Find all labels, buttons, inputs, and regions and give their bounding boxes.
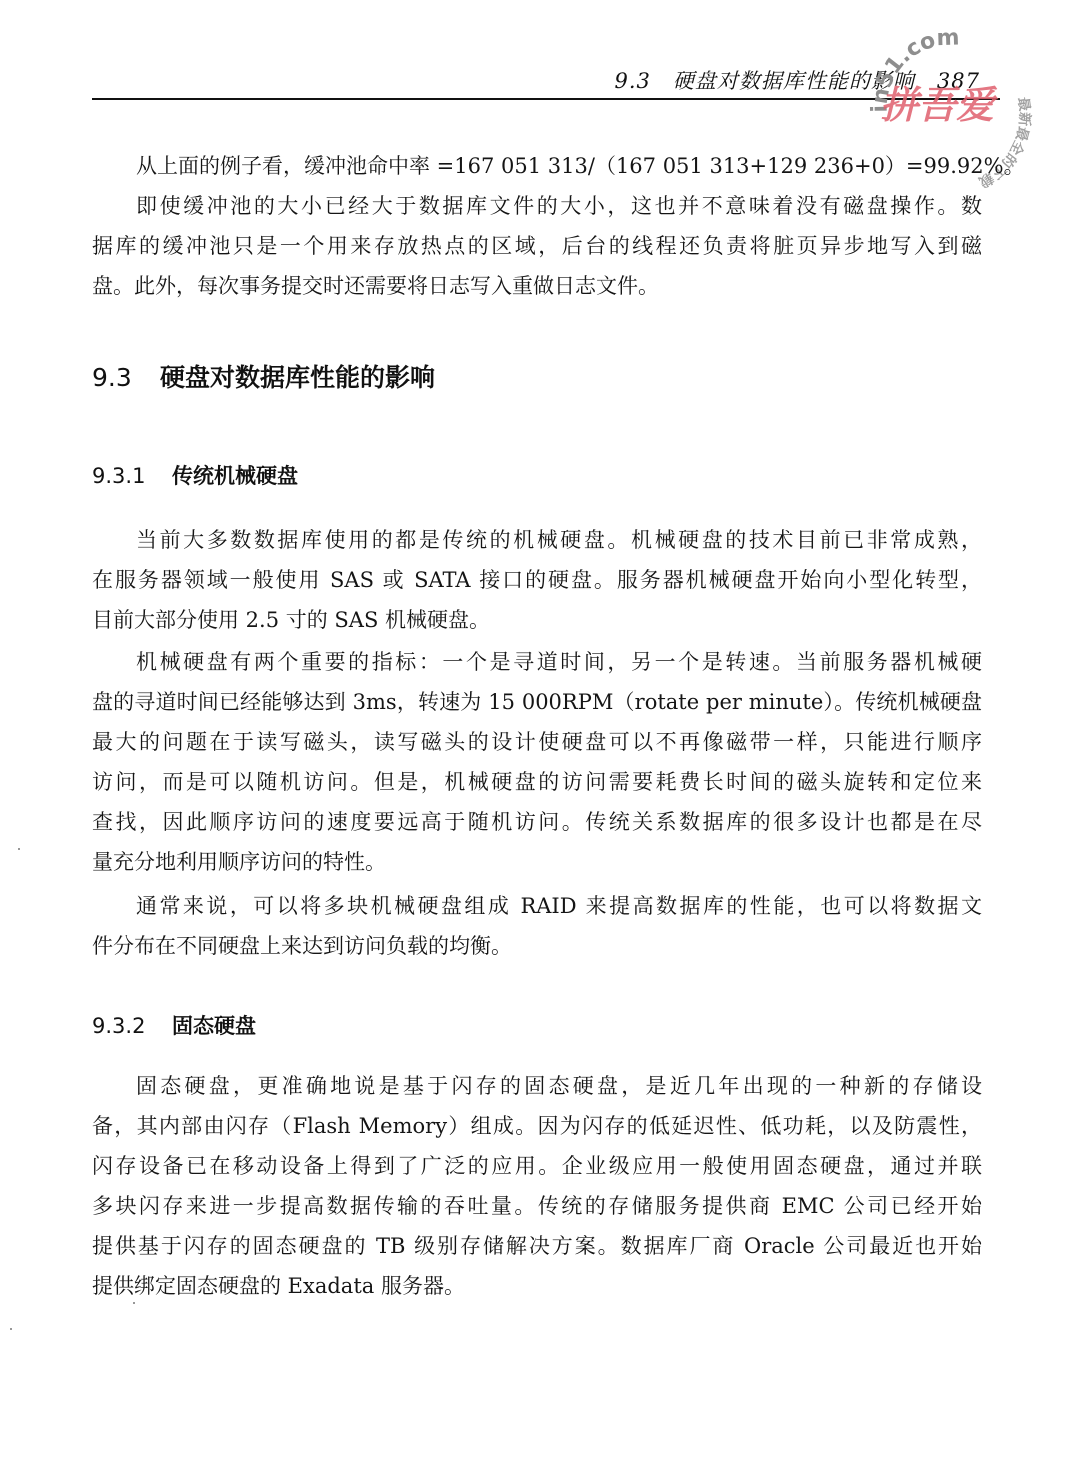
section-heading: 9.3硬盘对数据库性能的影响 [92, 358, 435, 394]
subsection-title: 固态硬盘 [172, 1014, 256, 1038]
running-header-title: 硬盘对数据库性能的影响 [673, 69, 915, 93]
text-line: 目前大部分使用 2.5 寸的 SAS 机械硬盘。 [92, 600, 982, 640]
running-header-section: 9.3 [615, 69, 651, 93]
running-header-text: 9.3硬盘对数据库性能的影响387 [615, 65, 981, 95]
subsection-heading-1: 9.3.1传统机械硬盘 [92, 460, 298, 490]
subsection-number: 9.3.2 [92, 1014, 172, 1038]
intro-paragraph-1: 从上面的例子看，缓冲池命中率 =167 051 313/（167 051 313… [92, 146, 982, 186]
text-line: 闪存设备已在移动设备上得到了广泛的应用。企业级应用一般使用固态硬盘，通过并联 [92, 1146, 982, 1186]
text-line: 从上面的例子看，缓冲池命中率 =167 051 313/（167 051 313… [92, 146, 982, 186]
text-line: 盘的寻道时间已经能够达到 3ms，转速为 15 000RPM（rotate pe… [92, 682, 982, 722]
subsection-1-paragraph-3: 通常来说，可以将多块机械硬盘组成 RAID 来提高数据库的性能，也可以将数据文 … [92, 886, 982, 966]
text-line: 件分布在不同硬盘上来达到访问负载的均衡。 [92, 926, 982, 966]
text-line: 通常来说，可以将多块机械硬盘组成 RAID 来提高数据库的性能，也可以将数据文 [92, 886, 982, 926]
text-line: 访问，而是可以随机访问。但是，机械硬盘的访问需要耗费长时间的磁头旋转和定位来 [92, 762, 982, 802]
section-title: 硬盘对数据库性能的影响 [160, 363, 435, 392]
text-line: 量充分地利用顺序访问的特性。 [92, 842, 982, 882]
scan-speck [10, 1328, 12, 1330]
text-line: 多块闪存来进一步提高数据传输的吞吐量。传统的存储服务提供商 EMC 公司已经开始 [92, 1186, 982, 1226]
text-line: 提供基于闪存的固态硬盘的 TB 级别存储解决方案。数据库厂商 Oracle 公司… [92, 1226, 982, 1266]
scan-speck [18, 848, 20, 850]
subsection-1-paragraph-1: 当前大多数数据库使用的都是传统的机械硬盘。机械硬盘的技术目前已非常成熟， 在服务… [92, 520, 982, 640]
intro-paragraph-2: 即使缓冲池的大小已经大于数据库文件的大小，这也并不意味着没有磁盘操作。数 据库的… [92, 186, 982, 306]
scan-speck [133, 1302, 135, 1304]
text-line: 备，其内部由闪存（Flash Memory）组成。因为闪存的低延迟性、低功耗，以… [92, 1106, 982, 1146]
text-line: 提供绑定固态硬盘的 Exadata 服务器。 [92, 1266, 982, 1306]
running-header: 9.3硬盘对数据库性能的影响387 [92, 64, 1000, 100]
text-line: 即使缓冲池的大小已经大于数据库文件的大小，这也并不意味着没有磁盘操作。数 [92, 186, 982, 226]
book-page: 9.3硬盘对数据库性能的影响387 in51.com 最新最全的下载站 拼吾爱 … [0, 0, 1080, 1478]
text-line: 最大的问题在于读写磁头，读写磁头的设计使硬盘可以不再像磁带一样，只能进行顺序 [92, 722, 982, 762]
text-line: 当前大多数数据库使用的都是传统的机械硬盘。机械硬盘的技术目前已非常成熟， [92, 520, 982, 560]
subsection-number: 9.3.1 [92, 464, 172, 488]
subsection-title: 传统机械硬盘 [172, 464, 298, 488]
section-number: 9.3 [92, 363, 160, 392]
page-number: 387 [937, 69, 980, 93]
text-line: 机械硬盘有两个重要的指标：一个是寻道时间，另一个是转速。当前服务器机械硬 [92, 642, 982, 682]
text-line: 固态硬盘，更准确地说是基于闪存的固态硬盘，是近几年出现的一种新的存储设 [92, 1066, 982, 1106]
text-line: 据库的缓冲池只是一个用来存放热点的区域，后台的线程还负责将脏页异步地写入到磁 [92, 226, 982, 266]
subsection-heading-2: 9.3.2固态硬盘 [92, 1010, 256, 1040]
text-line: 在服务器领域一般使用 SAS 或 SATA 接口的硬盘。服务器机械硬盘开始向小型… [92, 560, 982, 600]
subsection-1-paragraph-2: 机械硬盘有两个重要的指标：一个是寻道时间，另一个是转速。当前服务器机械硬 盘的寻… [92, 642, 982, 882]
subsection-2-paragraph-1: 固态硬盘，更准确地说是基于闪存的固态硬盘，是近几年出现的一种新的存储设 备，其内… [92, 1066, 982, 1306]
text-line: 盘。此外，每次事务提交时还需要将日志写入重做日志文件。 [92, 266, 982, 306]
text-line: 查找，因此顺序访问的速度要远高于随机访问。传统关系数据库的很多设计也都是在尽 [92, 802, 982, 842]
